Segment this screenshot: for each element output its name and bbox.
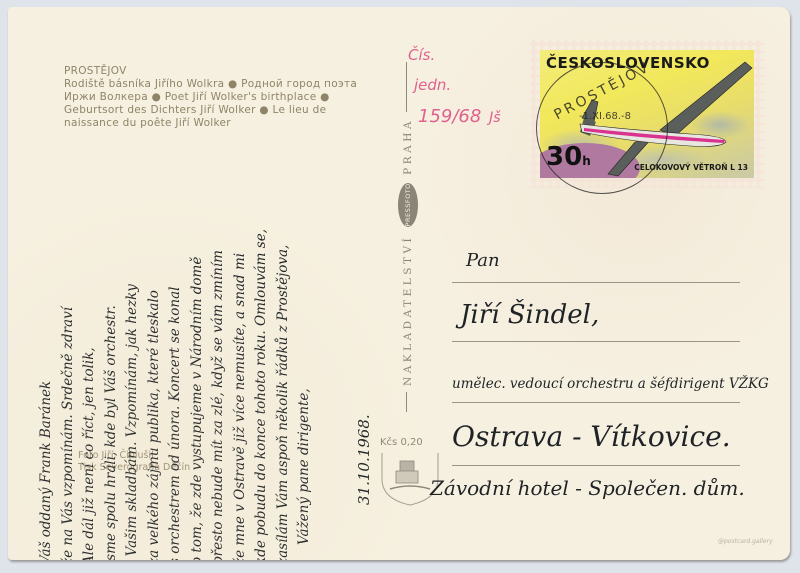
letter-line: že na Vás vzpomínám. Srdečně zdraví: [58, 145, 80, 560]
address-city: Ostrava - Vítkovice.: [452, 420, 731, 453]
caption-text: Rodiště básníka Jiřího Wolkra ● Родной г…: [64, 78, 357, 129]
address-salutation: Pan: [466, 250, 500, 271]
stamp-value: 30h: [546, 144, 591, 174]
letter-line: Váš oddaný Frank Baránek: [36, 145, 58, 560]
address-name: Jiří Šindel,: [460, 300, 599, 330]
address-occupation: umělec. vedoucí orchestru a šéfdirigent …: [452, 376, 769, 392]
letter-line: jsme spolu hráli, kde byl Váš orchestr.: [101, 145, 123, 560]
pink-note-line1: Čís.: [408, 38, 501, 72]
publisher-left: NAKLADATELSTVÍ: [402, 235, 414, 386]
postage-stamp: ČESKOSLOVENSKO 30h CELOKOVOVÝ VĚTROŇ L 1…: [540, 50, 754, 178]
letter-line: že mne v Ostravě již více nemusíte, a sn…: [230, 145, 252, 560]
letter-line: s orchestrem od února. Koncert se konal: [165, 145, 187, 560]
letter-line: i Vašim skladbám. Vzpomínám, jak hezky: [122, 145, 144, 560]
letter-body: 31.10.1968.Vážený pane dirigente,zasílám…: [36, 145, 356, 560]
letter-line: Ale dál již není co říct, jen tolik,: [79, 145, 101, 560]
letter-line: Vážený pane dirigente,: [294, 145, 316, 560]
caption-city: PROSTĚJOV: [64, 65, 382, 78]
pink-note-line3: 159/68 Jš: [418, 100, 501, 135]
letter-line: zasílám Vám aspoň několik řádků z Prostě…: [273, 145, 295, 560]
address-building: Závodní hotel - Společen. dům.: [430, 476, 745, 500]
address-line-2: [452, 341, 740, 342]
letter-line: kde pobudu do konce tohoto roku. Omlouvá…: [251, 145, 273, 560]
address-line-3: [452, 402, 740, 403]
letter-line: za velkého zájmu publika, které tleskalo: [144, 145, 166, 560]
printed-caption: PROSTĚJOV Rodiště básníka Jiřího Wolkra …: [64, 65, 382, 130]
address-line-1: [452, 282, 740, 283]
tax-price: Kčs 0,20: [380, 437, 423, 448]
letter-line: o tom, že zde vystupujeme v Národním dom…: [187, 145, 209, 560]
pink-note-line2: jedn.: [414, 68, 501, 102]
watermark: @postcard.gallery: [718, 538, 773, 545]
stamp-subtitle: CELOKOVOVÝ VĚTROŇ L 13: [634, 163, 748, 172]
stamp-country: ČESKOSLOVENSKO: [546, 54, 710, 72]
publisher-imprint: NAKLADATELSTVÍ PRESSFOTO PRAHA: [398, 112, 418, 392]
pressfoto-logo-icon: PRESSFOTO: [398, 183, 418, 227]
pink-registry-note: Čís. jedn. 159/68 Jš: [408, 38, 501, 135]
handwritten-letter: 31.10.1968.Vážený pane dirigente,zasílám…: [36, 145, 366, 560]
address-line-4: [452, 465, 740, 466]
letter-line: přesto nebude mít za zlé, když se vám zm…: [208, 145, 230, 560]
